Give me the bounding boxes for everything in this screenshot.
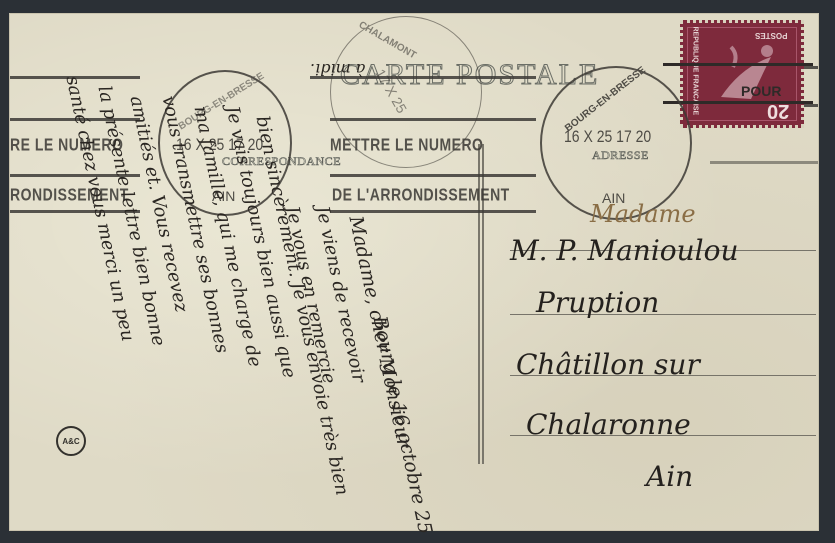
stamp-cancel-text: POUR	[741, 83, 781, 99]
cancel-bar	[330, 174, 536, 177]
postmark-date: 17 X 25	[372, 66, 410, 116]
postmark-right: BOURG-EN-BRESSE 16 X 25 17 20 AIN	[540, 66, 692, 220]
postmark-date: 16 X 25 17 20	[564, 126, 651, 145]
cancel-bar	[330, 210, 536, 213]
address-line-6: Ain	[646, 460, 693, 493]
stamp-cancel-bar	[663, 63, 813, 66]
publisher-mark: A&C	[56, 426, 86, 456]
stamp-cancel-bar	[663, 101, 813, 104]
address-line-5: Chalaronne	[526, 408, 691, 441]
flame-text-2: DE L'ARRONDISSEMENT	[332, 184, 510, 204]
postmark-town: CHALAMONT	[357, 20, 418, 62]
postage-stamp: POSTES REPUBLIQUE FRANCAISE 20 POUR	[680, 20, 804, 128]
address-line-4: Châtillon sur	[516, 348, 700, 381]
address-line-2: M. P. Manioulou	[510, 234, 739, 267]
postmark-arrival: CHALAMONT 17 X 25	[330, 16, 482, 168]
postcard: CARTE POSTALE CORRESPONDANCE ADRESSE RE …	[10, 14, 818, 530]
flame-text-left-2: RONDISSEMENT	[10, 184, 129, 204]
message-top-note: à midi.	[310, 60, 365, 79]
address-line-3: Pruption	[536, 286, 659, 319]
stamp-country: REPUBLIQUE FRANCAISE	[692, 27, 699, 123]
cancel-bar	[710, 161, 818, 164]
address-line-1: Madame	[590, 200, 696, 228]
